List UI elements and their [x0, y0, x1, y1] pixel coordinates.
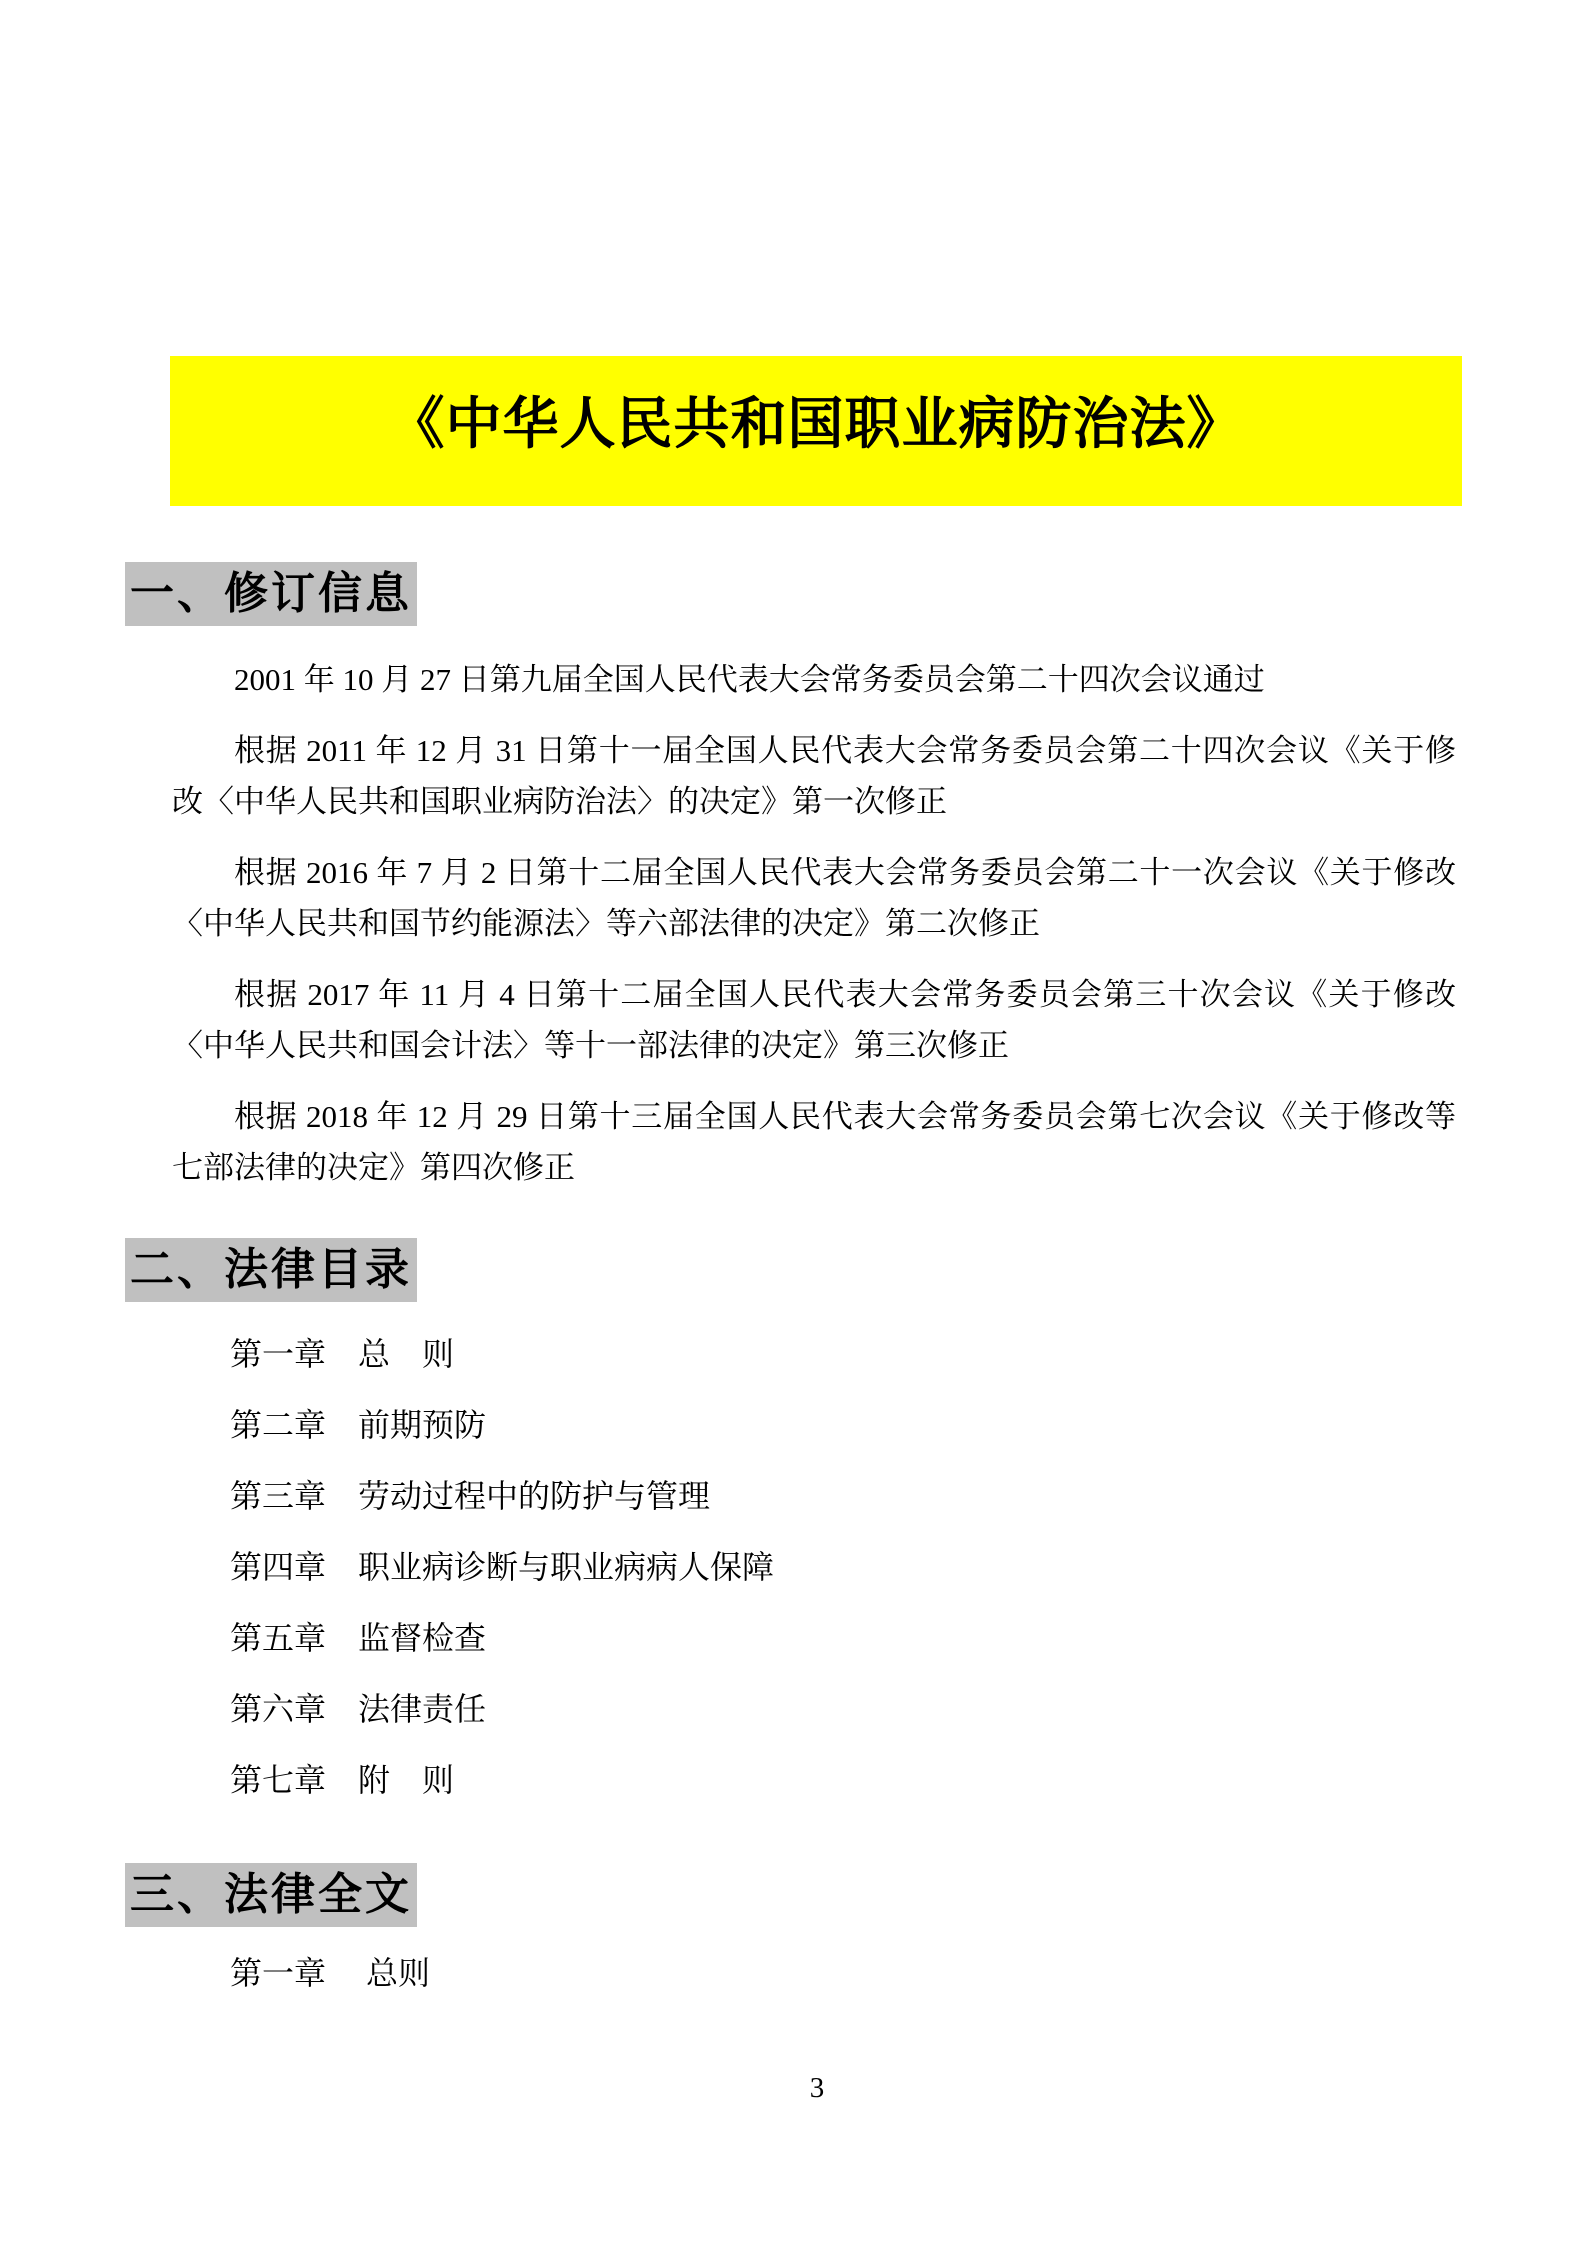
revision-paragraph-2: 根据 2011 年 12 月 31 日第十一届全国人民代表大会常务委员会第二十四… — [172, 725, 1456, 827]
chapter-item-4: 第四章 职业病诊断与职业病病人保障 — [230, 1551, 774, 1584]
section-heading-law-fulltext: 三、法律全文 — [125, 1863, 417, 1927]
document-page: 《中华人民共和国职业病防治法》 一、修订信息 2001 年 10 月 27 日第… — [0, 0, 1588, 2245]
chapter-item-2: 第二章 前期预防 — [230, 1409, 774, 1442]
section-heading-revision-info: 一、修订信息 — [125, 562, 417, 626]
section-heading-law-catalog: 二、法律目录 — [125, 1238, 417, 1302]
fulltext-chapter-one-line: 第一章 总则 — [230, 1956, 430, 1990]
chapter-item-6: 第六章 法律责任 — [230, 1693, 774, 1726]
revision-paragraph-5: 根据 2018 年 12 月 29 日第十三届全国人民代表大会常务委员会第七次会… — [172, 1091, 1456, 1193]
revision-paragraph-4: 根据 2017 年 11 月 4 日第十二届全国人民代表大会常务委员会第三十次会… — [172, 969, 1456, 1071]
document-title: 《中华人民共和国职业病防治法》 — [389, 380, 1244, 460]
revision-paragraph-3: 根据 2016 年 7 月 2 日第十二届全国人民代表大会常务委员会第二十一次会… — [172, 847, 1456, 949]
revision-paragraphs: 2001 年 10 月 27 日第九届全国人民代表大会常务委员会第二十四次会议通… — [172, 654, 1456, 1213]
chapter-item-3: 第三章 劳动过程中的防护与管理 — [230, 1480, 774, 1513]
page-number: 3 — [700, 2072, 934, 2105]
chapter-item-1: 第一章 总 则 — [230, 1338, 774, 1371]
chapter-item-5: 第五章 监督检查 — [230, 1622, 774, 1655]
chapter-item-7: 第七章 附 则 — [230, 1764, 774, 1797]
revision-paragraph-1: 2001 年 10 月 27 日第九届全国人民代表大会常务委员会第二十四次会议通… — [172, 654, 1456, 705]
chapter-list: 第一章 总 则 第二章 前期预防 第三章 劳动过程中的防护与管理 第四章 职业病… — [230, 1338, 774, 1835]
title-banner: 《中华人民共和国职业病防治法》 — [170, 356, 1462, 506]
